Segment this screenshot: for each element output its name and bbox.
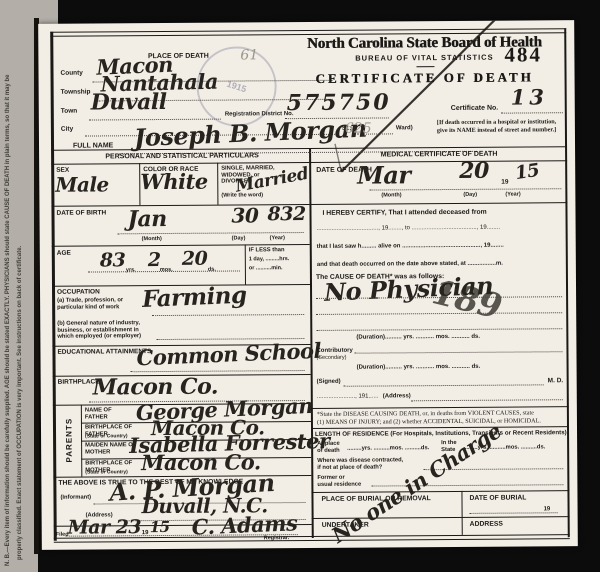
dob-day-value: 30: [231, 205, 258, 225]
county-label: County: [60, 70, 82, 78]
ward-label: Ward): [396, 125, 413, 132]
father-name-label: NAME OF FATHER: [85, 407, 135, 421]
dob-year-sub: (Year): [270, 235, 285, 241]
margin-instructions-line1: N. B.—Every item of information should b…: [5, 74, 11, 566]
age-years-value: 83: [100, 251, 126, 270]
registrar-signature: C. Adams: [191, 512, 297, 537]
dob-line: [118, 232, 304, 234]
certificate-no-value: 13: [511, 86, 548, 107]
age-less-label-2: 1 day, .........hrs.: [249, 256, 290, 263]
dod-month-sub: (Month): [381, 192, 401, 198]
death-occurred-line: and that death occurred on the date abov…: [317, 261, 503, 269]
dod-year-sub: (Year): [505, 192, 520, 198]
parents-group-label: PARENTS: [64, 408, 73, 472]
contributory-duration-line: (Duration).......... yrs. ........... mo…: [357, 364, 481, 372]
filed-year-prefix: 19: [142, 530, 149, 537]
scanned-death-certificate: { "colors": {"paper":"#f2eee6","ink":"#2…: [0, 0, 600, 572]
birthplace-value: Macon Co.: [93, 376, 218, 399]
certify-statement: I HEREBY CERTIFY, That I attended deceas…: [322, 209, 486, 218]
full-name-pencil-note: 625: [345, 122, 372, 136]
former-residence-label-1: Former or: [317, 475, 344, 482]
frame-right-rule: [564, 28, 569, 537]
contributory-line: [354, 351, 562, 353]
signed-md-label: M. D.: [548, 377, 564, 385]
medical-certificate-heading: MEDICAL CERTIFICATE OF DEATH: [329, 150, 549, 160]
township-label: Township: [61, 89, 91, 97]
dod-day-sub: (Day): [463, 192, 477, 198]
cause-duration-line: (Duration).......... yrs. ........... mo…: [356, 334, 480, 342]
full-name-value: Joseph B. Morgan: [134, 117, 368, 151]
signed-label: (Signed): [317, 379, 341, 386]
dob-year-value: 832: [267, 205, 305, 224]
signed-year-line: ......................., 191......: [317, 394, 379, 401]
former-residence-label-2: usual residence: [317, 482, 361, 489]
education-value: Common School: [136, 340, 321, 369]
file-number: 484: [504, 42, 542, 66]
certify-from-line: ....................................., 1…: [317, 225, 500, 233]
last-saw-alive-line: that I last saw h......... alive on ....…: [317, 243, 504, 251]
full-name-label: FULL NAME: [73, 142, 113, 150]
residence-at-place-label-2: of death: [317, 448, 340, 455]
registration-district-value: 575750: [287, 91, 391, 114]
age-label: AGE: [57, 250, 71, 258]
length-of-residence-heading: LENGTH OF RESIDENCE (For Hospitals, Inst…: [315, 429, 567, 438]
informant-label: (Informant): [60, 495, 91, 502]
contributory-sub: (Secondary): [316, 355, 346, 362]
occupation-label: OCCUPATION: [57, 288, 100, 296]
scanner-margin-corner: [38, 0, 58, 24]
date-of-burial-year-prefix: 19: [544, 506, 551, 513]
date-of-burial-label: DATE OF BURIAL: [469, 494, 526, 502]
bureau-rule: [416, 66, 434, 67]
margin-instructions-line2: properly classified. Exact statement of …: [17, 246, 23, 560]
town-value: Duvall: [91, 91, 167, 114]
city-label: City: [61, 126, 73, 134]
cause-line: [316, 312, 562, 315]
dob-month-value: Jan: [127, 208, 166, 230]
sex-value: Male: [55, 174, 109, 194]
signed-address-label: (Address): [383, 393, 411, 400]
age-yrs-sub: yrs.: [126, 267, 136, 273]
signed-address-line: [411, 399, 563, 401]
contributory-label: Contributory: [316, 348, 352, 355]
certificate-no-line: [501, 112, 563, 113]
dob-month-sub: (Month): [142, 236, 162, 242]
occupation-a-label: (a) Trade, profession, or particular kin…: [57, 297, 151, 311]
age-less-label-1: IF LESS than: [249, 247, 285, 254]
father-birthplace-sub: (State or Country): [85, 434, 128, 440]
certificate-paper: 1915 PLACE OF DEATH County Macon 61 Town…: [38, 20, 578, 550]
filed-year-value: 15: [150, 520, 170, 535]
filed-date-value: Mar 23: [68, 518, 142, 538]
occupation-value: Farming: [142, 284, 247, 311]
dob-day-sub: (Day): [232, 235, 246, 241]
registrar-label: Registrar.: [264, 535, 289, 541]
signed-line: [344, 384, 544, 386]
dod-year-value: 15: [514, 162, 540, 183]
personal-particulars-heading: PERSONAL AND STATISTICAL PARTICULARS: [59, 152, 305, 162]
residence-at-place-units: .........yrs. ..........mos. ..........d…: [347, 445, 429, 452]
age-days-value: 20: [182, 250, 208, 269]
dod-year-prefix: 19: [501, 179, 508, 187]
hospital-note: [If death occurred in a hospital or inst…: [437, 118, 563, 134]
cell-divider: [217, 163, 218, 205]
disease-contracted-label-1: Where was disease contracted,: [317, 457, 403, 464]
cause-line: [316, 328, 562, 331]
dod-month-value: Mar: [357, 163, 410, 187]
dod-day-value: 20: [459, 160, 489, 182]
residence-at-place-label-1: At place: [317, 441, 340, 448]
age-ds-sub: ds.: [208, 267, 216, 273]
town-label: Town: [61, 108, 78, 116]
footnote-line-2: (1) MEANS OF INJURY; and (2) whether ACC…: [317, 417, 541, 426]
rule: [309, 202, 567, 205]
occupation-a-line: [152, 314, 304, 316]
dob-label: DATE OF BIRTH: [56, 209, 106, 217]
age-less-label-3: or ..........min.: [249, 265, 283, 272]
rule: [311, 490, 569, 493]
race-value: White: [140, 171, 208, 192]
cause-scrawl-note: 189: [429, 275, 505, 324]
age-mos-sub: mos.: [160, 267, 173, 273]
age-months-value: 2: [148, 251, 161, 270]
cell-divider: [461, 491, 462, 535]
disease-contracted-label-2: if not at place of death?: [317, 464, 382, 471]
education-line: [131, 370, 305, 372]
county-pencil-note: 61: [240, 48, 258, 62]
certificate-no-label: Certificate No.: [451, 105, 499, 113]
undertaker-address-label: ADDRESS: [470, 521, 503, 529]
occupation-b-label: (b) General nature of industry, business…: [57, 320, 155, 341]
cell-divider: [245, 244, 246, 284]
